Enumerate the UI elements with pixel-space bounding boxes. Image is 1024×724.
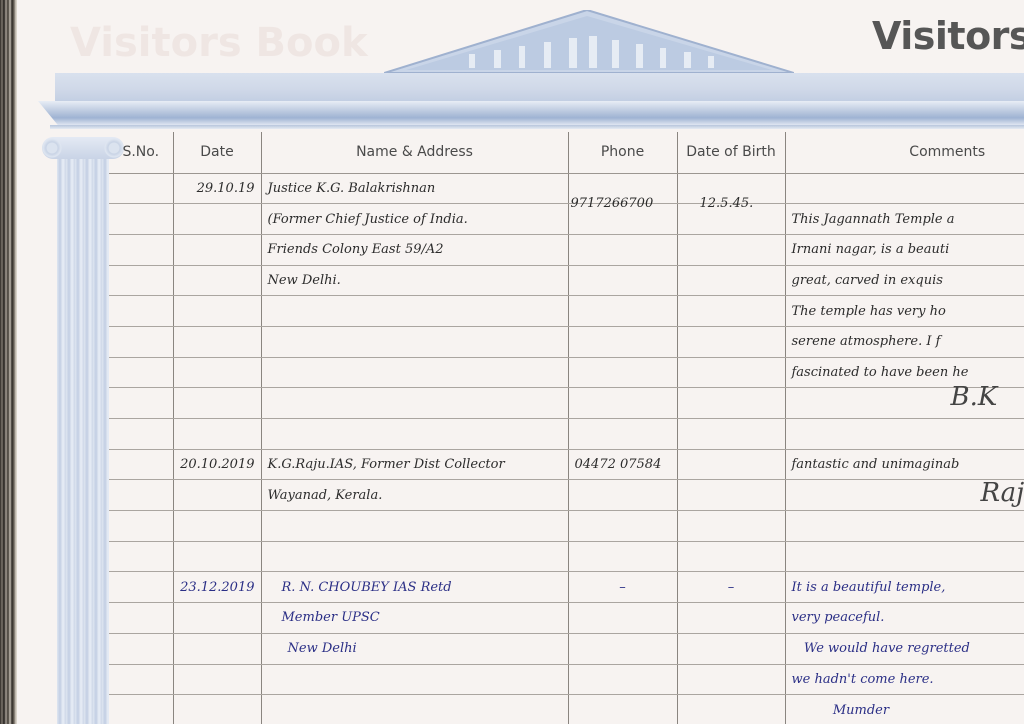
date-cell: 20.10.2019 xyxy=(173,449,261,480)
table-row xyxy=(109,541,1024,572)
signature: Raj xyxy=(981,478,1024,508)
table-row: Mumder xyxy=(109,695,1024,724)
comment-line: It is a beautiful temple, xyxy=(785,572,1024,603)
table-row: New Delhi. great, carved in exquis xyxy=(109,265,1024,296)
phone-cell: 04472 07584 xyxy=(568,449,677,480)
signature-cell: B.K xyxy=(785,388,1024,419)
book-binding xyxy=(0,0,17,724)
comment-line: The temple has very ho xyxy=(785,296,1024,327)
name-line: R. N. CHOUBEY IAS Retd xyxy=(261,572,568,603)
comment-line: great, carved in exquis xyxy=(785,265,1024,296)
date-cell: 23.12.2019 xyxy=(173,572,261,603)
name-line: New Delhi. xyxy=(261,265,568,296)
column-shaft xyxy=(57,159,109,724)
table-row: New Delhi We would have regretted xyxy=(109,633,1024,664)
table-row: Wayanad, Kerala. Raj xyxy=(109,480,1024,511)
header-date: Date xyxy=(173,132,261,173)
comment-line: We would have regretted xyxy=(785,633,1024,664)
table-row: B.K xyxy=(109,388,1024,419)
date-cell: 29.10.19 xyxy=(173,173,261,204)
header-phone: Phone xyxy=(568,132,677,173)
signature: B.K xyxy=(951,382,998,412)
header-row: S.No. Date Name & Address Phone Date of … xyxy=(109,132,1024,173)
table-row: Friends Colony East 59/A2 Irnani nagar, … xyxy=(109,234,1024,265)
comment-line: very peaceful. xyxy=(785,603,1024,634)
sno-cell xyxy=(109,572,173,603)
comment-line: fantastic and unimaginab xyxy=(785,449,1024,480)
header-name-address: Name & Address xyxy=(261,132,568,173)
visitors-table: S.No. Date Name & Address Phone Date of … xyxy=(109,132,1024,724)
table-row: 29.10.19 Justice K.G. Balakrishnan 97172… xyxy=(109,173,1024,204)
table-row: we hadn't come here. xyxy=(109,664,1024,695)
entablature-frieze xyxy=(55,73,1024,101)
comment-line: Irnani nagar, is a beauti xyxy=(785,234,1024,265)
phone-cell: 9717266700 xyxy=(568,173,677,204)
table-row: Member UPSC very peaceful. xyxy=(109,603,1024,634)
name-line: Justice K.G. Balakrishnan xyxy=(261,173,568,204)
name-line: Wayanad, Kerala. xyxy=(261,480,568,511)
cornice-molding xyxy=(50,125,1024,129)
table-row: 23.12.2019 R. N. CHOUBEY IAS Retd – – It… xyxy=(109,572,1024,603)
entablature-cornice xyxy=(38,101,1024,125)
page-title: Visitors B xyxy=(872,14,1024,58)
table-row: serene atmosphere. I f xyxy=(109,326,1024,357)
table-row: 20.10.2019 K.G.Raju.IAS, Former Dist Col… xyxy=(109,449,1024,480)
visitors-ledger: S.No. Date Name & Address Phone Date of … xyxy=(109,132,1024,724)
name-line: New Delhi xyxy=(261,633,568,664)
name-line: K.G.Raju.IAS, Former Dist Collector xyxy=(261,449,568,480)
comment-line: serene atmosphere. I f xyxy=(785,326,1024,357)
pediment-decoration xyxy=(384,10,794,74)
header-sno: S.No. xyxy=(109,132,173,173)
table-row: fascinated to have been he xyxy=(109,357,1024,388)
name-line: Friends Colony East 59/A2 xyxy=(261,234,568,265)
name-line: Member UPSC xyxy=(261,603,568,634)
signature-cell: Raj xyxy=(785,480,1024,511)
table-row xyxy=(109,419,1024,450)
table-row xyxy=(109,511,1024,542)
header-comments: Comments xyxy=(785,132,1024,173)
phone-cell: – xyxy=(568,572,677,603)
comment-line: Mumder xyxy=(785,695,1024,724)
dob-cell: – xyxy=(677,572,785,603)
dob-cell xyxy=(677,449,785,480)
header-date-of-birth: Date of Birth xyxy=(677,132,785,173)
comment-line: we hadn't come here. xyxy=(785,664,1024,695)
comment-cell xyxy=(785,173,1024,204)
sno-cell xyxy=(109,173,173,204)
comment-line: This Jagannath Temple a xyxy=(785,204,1024,235)
sno-cell xyxy=(109,449,173,480)
table-row: The temple has very ho xyxy=(109,296,1024,327)
dob-cell: 12.5.45. xyxy=(677,173,785,204)
name-line: (Former Chief Justice of India. xyxy=(261,204,568,235)
table-row: (Former Chief Justice of India. This Jag… xyxy=(109,204,1024,235)
watermark-title: Visitors Book xyxy=(70,20,368,66)
